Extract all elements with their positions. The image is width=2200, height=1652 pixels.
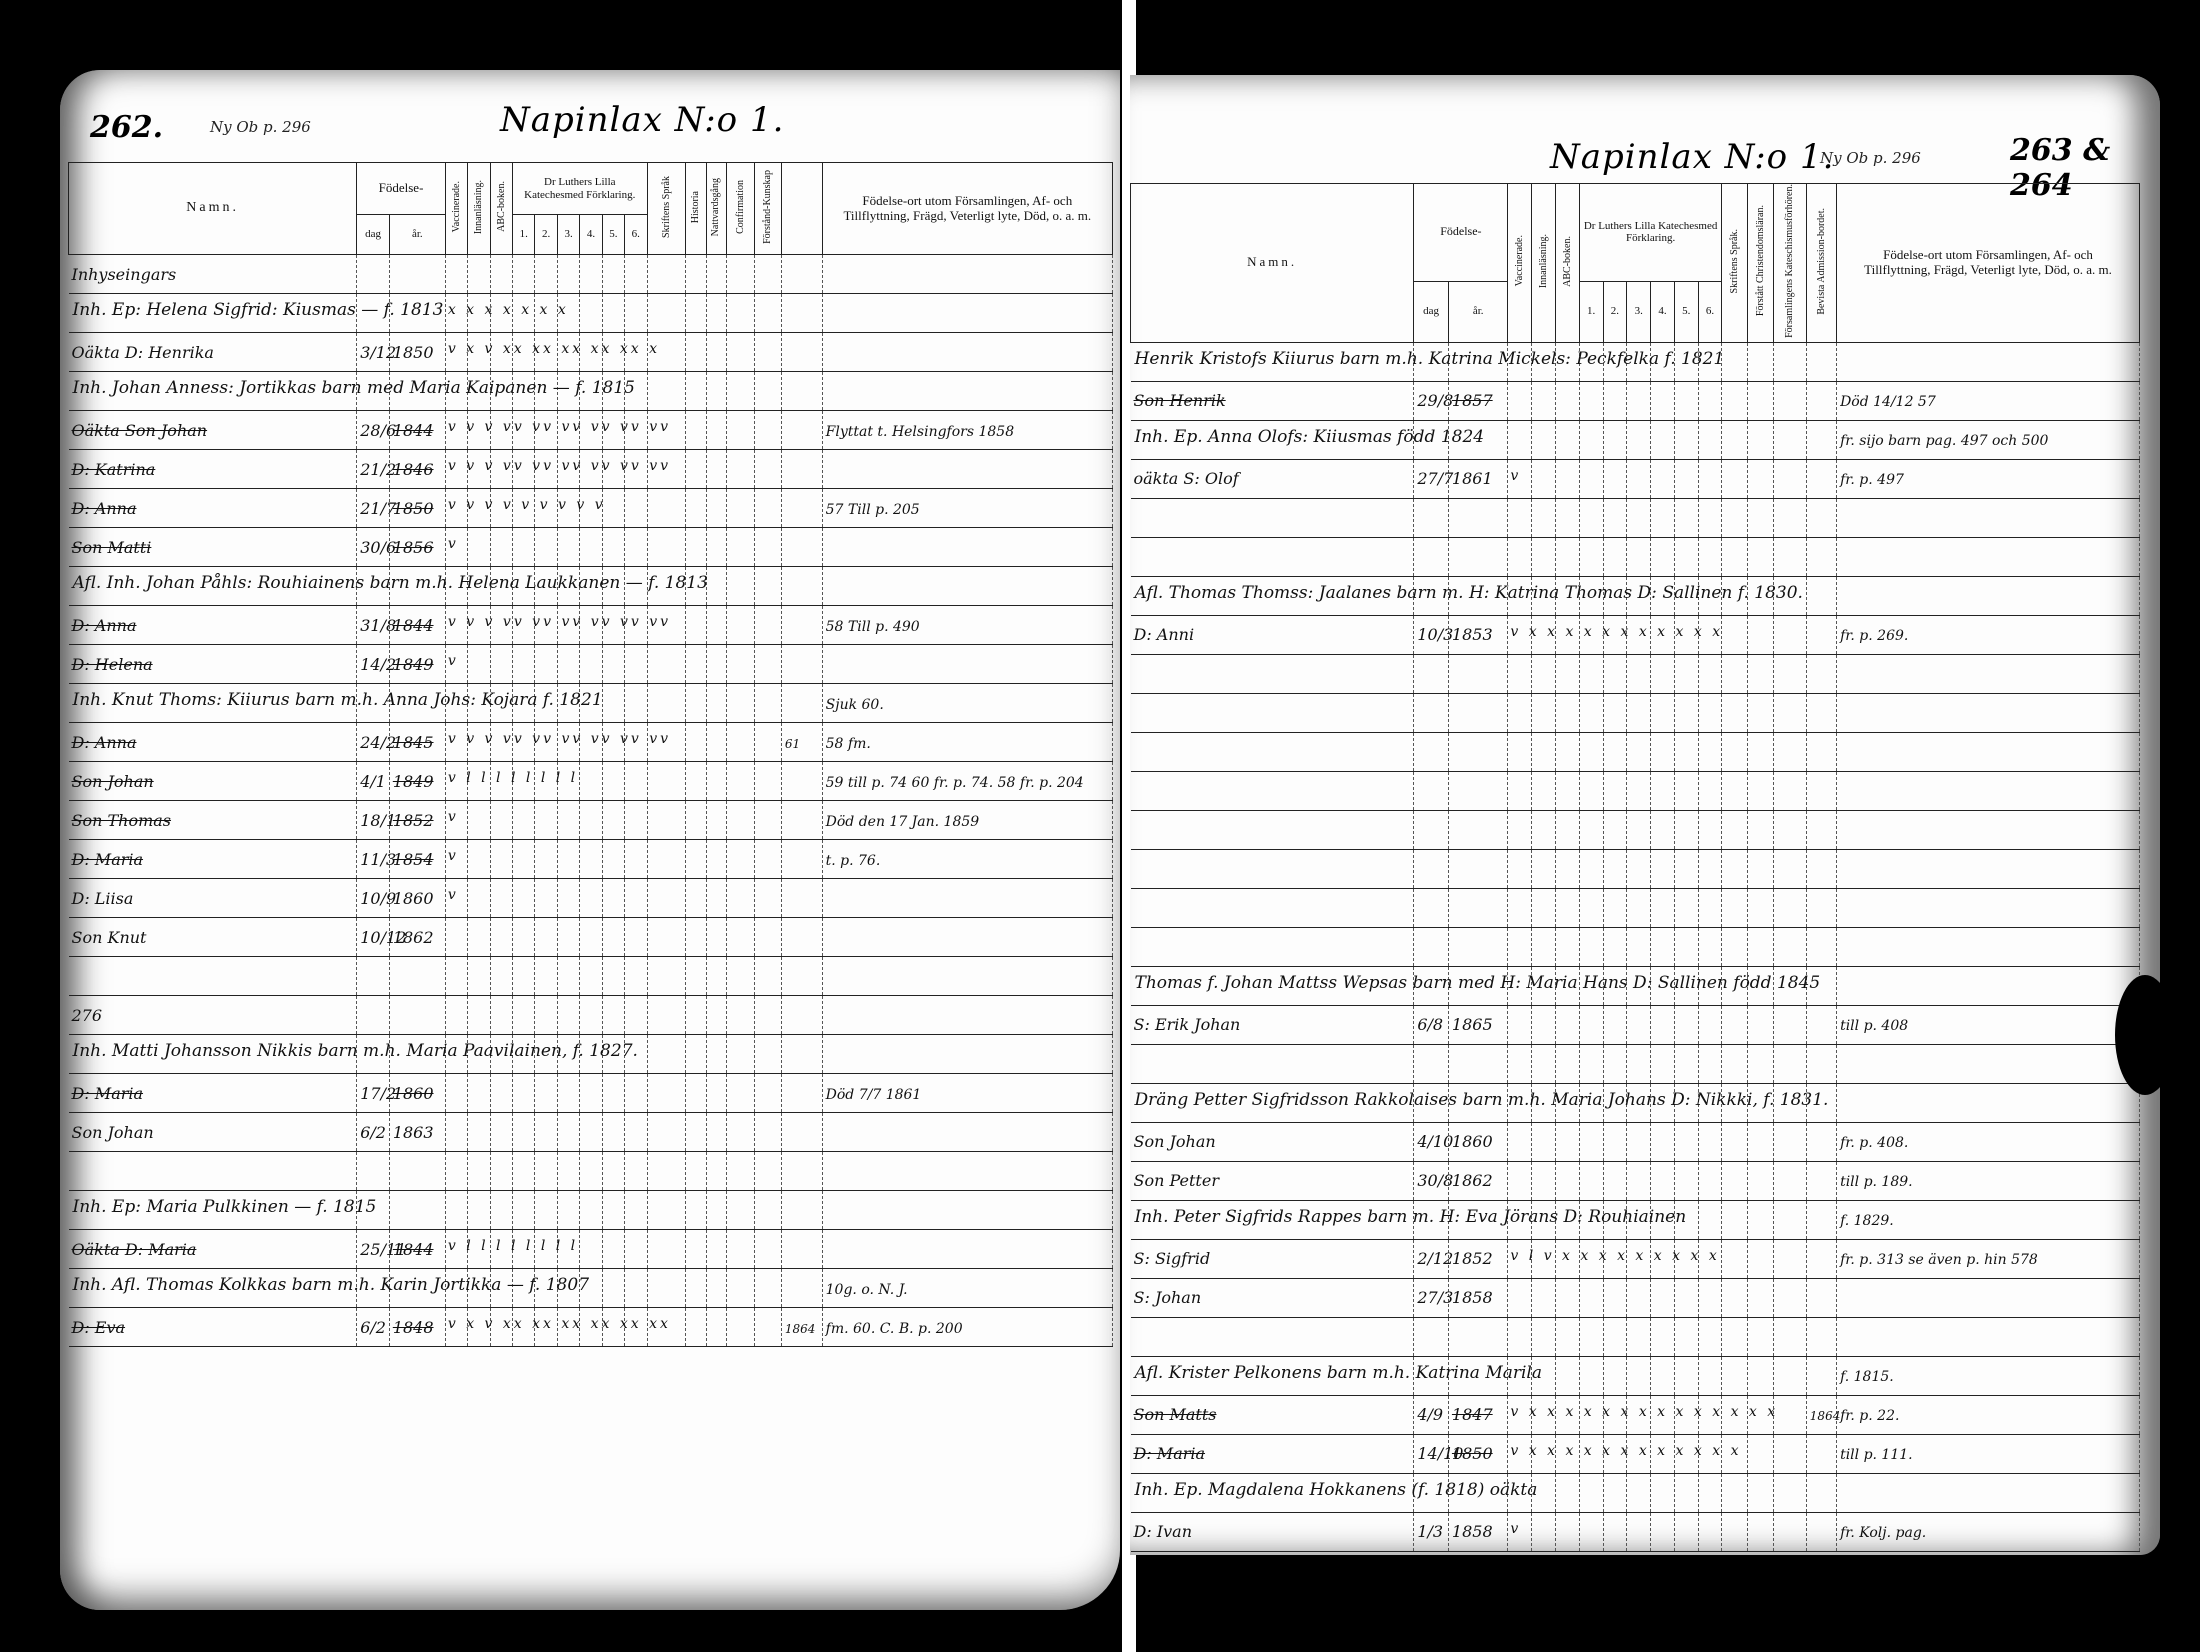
table-row: D: Maria17/21860Död 7/7 1861 (69, 1074, 1113, 1113)
knowledge-marks: v (448, 887, 459, 903)
table-row (1131, 693, 2140, 732)
header-extra-2: Historia (690, 191, 702, 223)
table-row: Inh. Knut Thoms: Kiiurus barn m.h. Anna … (69, 684, 1113, 723)
birth-year: 1860 (393, 1084, 434, 1103)
header-reading: Innanläsning. (1538, 234, 1550, 288)
birth-year: 1844 (393, 616, 434, 635)
header-extra-1: Skriftens Språk. (1729, 229, 1741, 293)
birth-year: 1862 (1452, 1171, 1493, 1190)
remark-note: fr. sijo barn pag. 497 och 500 (1840, 433, 2048, 449)
knowledge-marks: v v v v v v v v v (448, 497, 606, 513)
header-cat-5: 5. (602, 215, 624, 255)
person-name: D: Maria (72, 1084, 144, 1103)
knowledge-marks: v x x x x x x x x x x x x (1510, 1443, 1741, 1459)
header-extra-3: Församlingens Kateschismusförhören. (1784, 184, 1796, 338)
birth-day: 27/7 (1417, 469, 1453, 488)
person-name: S: Johan (1134, 1288, 1202, 1307)
table-row: Oäkta D: Henrika3/121850v x v xx xx xx x… (69, 333, 1113, 372)
remark-note: till p. 408 (1840, 1018, 1908, 1034)
table-row: Inh. Peter Sigfrids Rappes barn m. H: Ev… (1131, 1200, 2140, 1239)
birth-year: 1863 (393, 1123, 434, 1142)
knowledge-marks: v l l l l l l l l (448, 770, 578, 786)
header-cat-6: 6. (625, 215, 647, 255)
birth-year: 1850 (393, 343, 434, 362)
birth-day: 1/3 (1417, 1522, 1443, 1541)
register-body: InhyseingarsInh. Ep: Helena Sigfrid: Kiu… (69, 255, 1113, 1347)
person-name: Son Thomas (72, 811, 172, 830)
knowledge-marks: v (448, 809, 459, 825)
page-number: 262. (90, 110, 163, 145)
header-birth: Födelse- (357, 163, 446, 215)
household-head: Afl. Thomas Thomss: Jaalanes barn m. H: … (1135, 583, 1803, 603)
table-row: Son Johan4/101860fr. p. 408. (1131, 1122, 2140, 1161)
birth-day: 4/9 (1417, 1405, 1443, 1424)
remark-note: Flyttat t. Helsingfors 1858 (826, 424, 1014, 440)
knowledge-marks: v v v vv vv vv vv vv vv (448, 419, 671, 435)
header-cat-2: 2. (1603, 281, 1627, 342)
knowledge-marks: v (1510, 1521, 1521, 1537)
remark-note: t. p. 76. (826, 853, 881, 869)
knowledge-marks: v v v vv vv vv vv vv vv (448, 614, 671, 630)
birth-day: 11/3 (360, 850, 396, 869)
register-table: Namn. Födelse- Vaccinerade. Innanläsning… (68, 162, 1113, 1347)
birth-year: 1852 (393, 811, 434, 830)
knowledge-marks: v (1510, 468, 1521, 484)
person-name: oäkta S: Olof (1134, 469, 1239, 488)
household-head: Inh. Knut Thoms: Kiiurus barn m.h. Anna … (73, 690, 603, 710)
household-head: Inh. Matti Johansson Nikkis barn m.h. Ma… (73, 1041, 638, 1061)
remark-note: Död 7/7 1861 (826, 1087, 922, 1103)
birth-day: 24/2 (360, 733, 396, 752)
header-cat-3: 3. (1627, 281, 1651, 342)
header-birth-year: år. (1448, 281, 1507, 342)
table-row (1131, 537, 2140, 576)
knowledge-marks: v x x x x x x x x x x x (1510, 624, 1723, 640)
birth-year: 1860 (1452, 1132, 1493, 1151)
header-extra-5: Förstånd-Kunskap (762, 170, 774, 244)
table-row: D: Katrina21/21846v v v vv vv vv vv vv v… (69, 450, 1113, 489)
birth-day: 2/12 (1417, 1249, 1453, 1268)
table-row (1131, 1044, 2140, 1083)
table-row: S: Johan27/31858 (1131, 1278, 2140, 1317)
remark-note: 59 till p. 74 60 fr. p. 74. 58 fr. p. 20… (826, 775, 1084, 791)
household-head: Henrik Kristofs Kiiurus barn m.h. Katrin… (1135, 349, 1725, 369)
table-row: Son Henrik29/81857Död 14/12 57 (1131, 381, 2140, 420)
right-page: Napinlax N:o 1. Ny Ob p. 296 263 & 264 N… (1130, 75, 2160, 1555)
household-head: Inh. Ep: Maria Pulkkinen — f. 1815 (73, 1197, 377, 1217)
birth-day: 3/12 (360, 343, 396, 362)
knowledge-marks: x x x x x x x (448, 302, 569, 318)
header-abc: ABC-boken. (1562, 236, 1574, 287)
communion-year: 1864 (1810, 1409, 1841, 1423)
table-row: Son Matts4/91847v x x x x x x x x x x x … (1131, 1395, 2140, 1434)
village-title: Napinlax N:o 1. (1550, 137, 1834, 177)
header-extra-3: Nattvardsgång (710, 178, 722, 236)
table-row: Afl. Krister Pelkonens barn m.h. Katrina… (1131, 1356, 2140, 1395)
household-head: Inh. Peter Sigfrids Rappes barn m. H: Ev… (1135, 1207, 1687, 1227)
person-name: D: Maria (72, 850, 144, 869)
birth-day: 31/8 (360, 616, 396, 635)
birth-day: 17/2 (360, 1084, 396, 1103)
person-name: S: Erik Johan (1134, 1015, 1241, 1034)
table-row (1131, 927, 2140, 966)
header-reading: Innanläsning. (473, 180, 485, 234)
table-row: Inh. Ep: Helena Sigfrid: Kiusmas — f. 18… (69, 294, 1113, 333)
birth-day: 21/7 (360, 499, 396, 518)
table-row (1131, 849, 2140, 888)
header-extra-4: Confirmation (735, 180, 747, 234)
table-row: Inh. Johan Anness: Jortikkas barn med Ma… (69, 372, 1113, 411)
header-birth-day: dag (1414, 281, 1449, 342)
remark-note: Sjuk 60. (826, 697, 884, 713)
remark-note: till p. 111. (1840, 1447, 1913, 1463)
table-row: D: Anna21/71850v v v v v v v v v57 Till … (69, 489, 1113, 528)
knowledge-marks: v v v vv vv vv vv vv vv (448, 731, 671, 747)
knowledge-marks: v x v xx xx xx xx xx xx (448, 1316, 671, 1332)
table-row: Son Johan6/21863 (69, 1113, 1113, 1152)
knowledge-marks: v (448, 653, 459, 669)
table-row: S: Sigfrid2/121852v l v x x x x x x x x … (1131, 1239, 2140, 1278)
table-row: Son Johan4/11849v l l l l l l l l59 till… (69, 762, 1113, 801)
village-title: Napinlax N:o 1. (500, 100, 784, 140)
person-name: Oäkta D: Maria (72, 1240, 197, 1259)
birth-year: 1850 (1452, 1444, 1493, 1463)
birth-day: 10/9 (360, 889, 396, 908)
birth-day: 27/3 (1417, 1288, 1453, 1307)
header-cat-6: 6. (1698, 281, 1722, 342)
page-reference: Ny Ob p. 296 (1820, 149, 1921, 167)
birth-year: 1849 (393, 655, 434, 674)
header-catechism: Dr Luthers Lilla Katechesmed Förklaring. (513, 163, 647, 215)
header-name: Namn. (69, 163, 357, 255)
table-row: Oäkta D: Maria25/111844v l l l l l l l l (69, 1230, 1113, 1269)
person-name: D: Katrina (72, 460, 156, 479)
remark-note: Död den 17 Jan. 1859 (826, 814, 980, 830)
page-reference: Ny Ob p. 296 (210, 118, 311, 136)
birth-day: 21/2 (360, 460, 396, 479)
birth-day: 29/8 (1417, 391, 1453, 410)
person-name: D: Helena (72, 655, 153, 674)
table-row (69, 1152, 1113, 1191)
person-name: D: Anna (72, 499, 137, 518)
knowledge-marks: v v v vv vv vv vv vv vv (448, 458, 671, 474)
header-extra-2: Förstått Christendomsläran. (1755, 205, 1767, 316)
birth-day: 10/3 (1417, 625, 1453, 644)
header-birth-year: år. (389, 215, 445, 255)
table-row (1131, 732, 2140, 771)
birth-day: 4/10 (1417, 1132, 1453, 1151)
table-row: Inh. Ep. Magdalena Hokkanens (f. 1818) o… (1131, 1473, 2140, 1512)
table-row: Son Petter30/81862till p. 189. (1131, 1161, 2140, 1200)
header-cat-1: 1. (513, 215, 535, 255)
birth-year: 1847 (1452, 1405, 1493, 1424)
person-name: Son Johan (72, 1123, 154, 1142)
header-remarks: Födelse-ort utom Församlingen, Af- och T… (822, 163, 1112, 255)
birth-year: 1853 (1452, 625, 1493, 644)
person-name: Son Matts (1134, 1405, 1217, 1424)
person-name: D: Anna (72, 733, 137, 752)
knowledge-marks: v (448, 848, 459, 864)
person-name: Son Knut (72, 928, 147, 947)
table-row: Inhyseingars (69, 255, 1113, 294)
table-row: Son Knut10/121862 (69, 918, 1113, 957)
remark-note: 57 Till p. 205 (826, 502, 920, 518)
remark-note: 10g. o. N. J. (826, 1282, 908, 1298)
person-name: S: Sigfrid (1134, 1249, 1211, 1268)
birth-day: 6/2 (360, 1123, 386, 1142)
header-extra-4: Bevista Admission-bordet. (1816, 208, 1828, 315)
person-name: D: Eva (72, 1318, 126, 1337)
birth-year: 1849 (393, 772, 434, 791)
birth-year: 1846 (393, 460, 434, 479)
person-name: D: Liisa (72, 889, 134, 908)
table-row: D: Eva6/21848v x v xx xx xx xx xx xx1864… (69, 1308, 1113, 1347)
table-row: Afl. Thomas Thomss: Jaalanes barn m. H: … (1131, 576, 2140, 615)
household-head: Dräng Petter Sigfridsson Rakkolaises bar… (1135, 1090, 1829, 1110)
person-name: Son Petter (1134, 1171, 1219, 1190)
household-head: Inh. Ep. Magdalena Hokkanens (f. 1818) o… (1135, 1480, 1538, 1500)
birth-year: 1858 (1452, 1288, 1493, 1307)
header-abc: ABC-boken. (496, 181, 508, 232)
table-row: S: Erik Johan6/81865till p. 408 (1131, 1005, 2140, 1044)
table-row: Thomas f. Johan Mattss Wepsas barn med H… (1131, 966, 2140, 1005)
remark-note: fr. p. 22. (1840, 1408, 1899, 1424)
household-head: Inh. Ep. Anna Olofs: Kiiusmas född 1824 (1135, 427, 1485, 447)
knowledge-marks: v l v x x x x x x x x x (1510, 1248, 1719, 1264)
person-name: Oäkta D: Henrika (72, 343, 214, 362)
table-row (69, 957, 1113, 996)
table-row: D: Anni10/31853v x x x x x x x x x x xfr… (1131, 615, 2140, 654)
knowledge-marks: v (448, 536, 459, 552)
birth-day: 30/8 (1417, 1171, 1453, 1190)
household-head: Thomas f. Johan Mattss Wepsas barn med H… (1135, 973, 1821, 993)
birth-year: 1858 (1452, 1522, 1493, 1541)
header-cat-4: 4. (580, 215, 602, 255)
birth-day: 4/1 (360, 772, 386, 791)
header-birth: Födelse- (1414, 184, 1508, 282)
header-vaccination: Vaccinerade. (451, 181, 463, 232)
table-row: D: Maria11/31854vt. p. 76. (69, 840, 1113, 879)
birth-day: 30/6 (360, 538, 396, 557)
birth-year: 1852 (1452, 1249, 1493, 1268)
person-name: Son Johan (72, 772, 154, 791)
header-cat-2: 2. (535, 215, 557, 255)
table-row: D: Ivan1/31858vfr. Kolj. pag. (1131, 1512, 2140, 1551)
register-table: Namn. Födelse- Vaccinerade. Innanläsning… (1130, 183, 2140, 1552)
household-head: Inh. Afl. Thomas Kolkkas barn m.h. Karin… (73, 1275, 590, 1295)
person-name: 276 (72, 1006, 103, 1025)
table-row: D: Anna24/21845v v v vv vv vv vv vv vv61… (69, 723, 1113, 762)
header-catechism: Dr Luthers Lilla Katechesmed Förklaring. (1579, 184, 1722, 282)
header-vaccination: Vaccinerade. (1514, 235, 1526, 286)
left-page: 262. Ny Ob p. 296 Napinlax N:o 1. Namn. … (60, 70, 1120, 1610)
communion-year: 1864 (785, 1322, 816, 1336)
person-name: Son Johan (1134, 1132, 1216, 1151)
table-row: D: Anna31/81844v v v vv vv vv vv vv vv58… (69, 606, 1113, 645)
person-name: Son Matti (72, 538, 152, 557)
table-row: D: Liisa10/91860v (69, 879, 1113, 918)
table-row: Henrik Kristofs Kiiurus barn m.h. Katrin… (1131, 342, 2140, 381)
birth-year: 1844 (393, 421, 434, 440)
knowledge-marks: v l l l l l l l l (448, 1238, 578, 1254)
table-row: Inh. Ep. Anna Olofs: Kiiusmas född 1824f… (1131, 420, 2140, 459)
table-row: Inh. Matti Johansson Nikkis barn m.h. Ma… (69, 1035, 1113, 1074)
remark-note: till p. 189. (1840, 1174, 1913, 1190)
birth-year: 1856 (393, 538, 434, 557)
birth-day: 6/8 (1417, 1015, 1443, 1034)
table-row (1131, 810, 2140, 849)
birth-year: 1850 (393, 499, 434, 518)
remark-note: f. 1829. (1840, 1213, 1894, 1229)
remark-note: 58 fm. (826, 736, 871, 752)
birth-year: 1860 (393, 889, 434, 908)
household-head: Inh. Ep: Helena Sigfrid: Kiusmas — f. 18… (73, 300, 444, 320)
birth-year: 1865 (1452, 1015, 1493, 1034)
birth-day: 18/1 (360, 811, 396, 830)
table-row (1131, 888, 2140, 927)
remark-note: fr. p. 408. (1840, 1135, 1908, 1151)
header-birth-day: dag (357, 215, 390, 255)
table-row: Inh. Afl. Thomas Kolkkas barn m.h. Karin… (69, 1269, 1113, 1308)
header-cat-4: 4. (1651, 281, 1675, 342)
remark-note: fr. p. 313 se även p. hin 578 (1840, 1252, 2038, 1268)
remark-note: fr. Kolj. pag. (1840, 1525, 1926, 1541)
person-name: Son Henrik (1134, 391, 1226, 410)
person-name: Oäkta Son Johan (72, 421, 208, 440)
knowledge-marks: v x x x x x x x x x x x x x x (1510, 1404, 1778, 1420)
remark-note: fr. p. 269. (1840, 628, 1908, 644)
table-row: Son Matti30/61856v (69, 528, 1113, 567)
birth-year: 1854 (393, 850, 434, 869)
header-remarks: Födelse-ort utom Församlingen, Af- och T… (1837, 184, 2140, 343)
person-name: D: Maria (1134, 1444, 1206, 1463)
communion-year: 61 (785, 737, 800, 751)
birth-year: 1844 (393, 1240, 434, 1259)
table-row: oäkta S: Olof27/71861vfr. p. 497 (1131, 459, 2140, 498)
household-head: Afl. Inh. Johan Påhls: Rouhiainens barn … (73, 573, 708, 593)
remark-note: fm. 60. C. B. p. 200 (826, 1321, 963, 1337)
table-row: Afl. Inh. Johan Påhls: Rouhiainens barn … (69, 567, 1113, 606)
person-name: Inhyseingars (72, 265, 177, 284)
header-name: Namn. (1131, 184, 1414, 343)
birth-year: 1845 (393, 733, 434, 752)
household-head: Afl. Krister Pelkonens barn m.h. Katrina… (1135, 1363, 1543, 1383)
household-head: Inh. Johan Anness: Jortikkas barn med Ma… (73, 378, 635, 398)
table-row: Dräng Petter Sigfridsson Rakkolaises bar… (1131, 1083, 2140, 1122)
table-row (1131, 1317, 2140, 1356)
knowledge-marks: v x v xx xx xx xx xx x (448, 341, 660, 357)
birth-year: 1862 (393, 928, 434, 947)
birth-year: 1857 (1452, 391, 1493, 410)
table-row: Son Thomas18/11852vDöd den 17 Jan. 1859 (69, 801, 1113, 840)
table-row: D: Maria14/101850v x x x x x x x x x x x… (1131, 1434, 2140, 1473)
table-row: 276 (69, 996, 1113, 1035)
person-name: D: Anni (1134, 625, 1195, 644)
register-body: Henrik Kristofs Kiiurus barn m.h. Katrin… (1131, 342, 2140, 1551)
birth-day: 14/2 (360, 655, 396, 674)
remark-note: fr. p. 497 (1840, 472, 1904, 488)
header-cat-3: 3. (557, 215, 579, 255)
person-name: D: Anna (72, 616, 137, 635)
person-name: D: Ivan (1134, 1522, 1193, 1541)
header-cat-5: 5. (1674, 281, 1698, 342)
remark-note: Död 14/12 57 (1840, 394, 1936, 410)
table-row: Inh. Ep: Maria Pulkkinen — f. 1815 (69, 1191, 1113, 1230)
birth-day: 28/6 (360, 421, 396, 440)
table-row (1131, 654, 2140, 693)
table-row (1131, 498, 2140, 537)
header-cat-1: 1. (1579, 281, 1603, 342)
birth-year: 1848 (393, 1318, 434, 1337)
table-row: Oäkta Son Johan28/61844v v v vv vv vv vv… (69, 411, 1113, 450)
remark-note: f. 1815. (1840, 1369, 1894, 1385)
remark-note: 58 Till p. 490 (826, 619, 920, 635)
birth-year: 1861 (1452, 469, 1493, 488)
table-row (1131, 771, 2140, 810)
table-row: D: Helena14/21849v (69, 645, 1113, 684)
header-extra-1: Skriftens Språk (661, 176, 673, 238)
birth-day: 6/2 (360, 1318, 386, 1337)
